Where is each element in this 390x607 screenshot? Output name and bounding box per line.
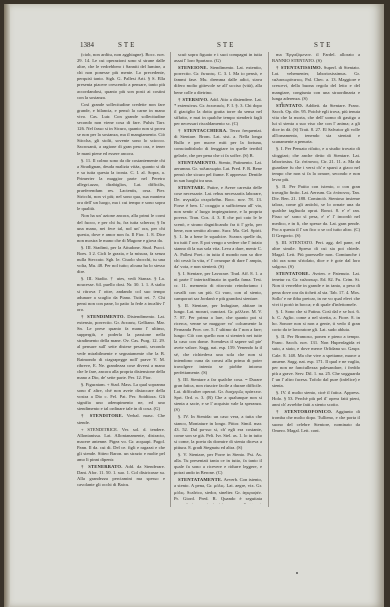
entry-text: Superl. di Stentato. Lat. vehementer, la… [272,65,360,100]
entry-text: ma Ἐργαζόμενον. il Fardel. allorato a BA… [272,52,360,63]
dictionary-entry: † STENTACCHIERA. Terzo frequentat. di St… [174,128,262,158]
entry-headword: † STENERBATO. [81,464,123,469]
dictionary-entry: STENTARE. Patire, e Avere carestia delle… [174,185,262,270]
dictionary-entry: STENTATO. Addiett. da Stentare. Franc. S… [272,103,360,146]
entry-headword: STENTAMENTO. [178,160,217,165]
book-spine-shadow [4,4,10,607]
dictionary-entry: (ciob, non arditu, non agghiagne). Bocc.… [77,52,165,101]
dictionary-entry: ma Ἐργαζόμενον. il Fardel. allorato a BA… [272,52,360,64]
dictionary-entry: scuò sopra figuato e i suoi compagni in … [174,52,262,64]
dictionary-entry: † STENERBATO. Add. da Stenderare. Dant. … [77,464,165,488]
entry-text: §. II. Per Bramoso, ponen e pieno a temp… [272,334,360,388]
dictionary-entry: STENTATAMENTE. Avverb. Con istento, a st… [174,477,262,504]
entry-text: §. II. Per Patito con istento, o con gra… [272,184,360,238]
entry-text: §. V. Stentare, per Porre in Stento. Pst… [174,452,262,475]
entry-headword: † STENTACCHIERA. [178,128,228,133]
dictionary-entry: STENTATORE. Avrien. e Patenuto. Lat. ten… [272,271,360,308]
dictionary-entry: §. I. Stentare, per Lavorare. Trad. Aff.… [174,271,262,301]
column-divider [170,52,171,507]
entry-text: §. II. Stentare, per Indugiare, abitare … [174,303,262,375]
dictionary-entry: §. III. Stadio. † utes, vedi Stanza. § L… [77,276,165,313]
dictionary-entry: §. II. Stentare, per Indugiare, abitare … [174,303,262,376]
entry-text: §. I. Per Pensato rifatto, e a studio tr… [272,146,360,181]
dictionary-entry: §. III. STENTATO. Peri. agg. del pane, e… [272,240,360,270]
dictionary-entry: §. I. Per Pensato rifatto, e a studio tr… [272,146,360,183]
dictionary-entry: † STENTATISSIMO. Superl. di Stentato. La… [272,65,360,102]
dictionary-entry: † STENTOROFONICO. Aggiunto di tromba che… [272,409,360,433]
entry-text: §. I. Stentare, per Lavorare. Trad. Aff.… [174,271,262,300]
dictionary-entry: + STENDITRICE. Ver. sol. d. tendere. All… [77,427,165,464]
dictionary-entry: † STENDITORE. Verbal. masc. Che stende. [77,413,165,425]
dictionary-page: 1384 STE STE STE (ciob, non arditu, non … [4,4,384,607]
entry-headword: STENEIONE. [178,65,208,70]
entry-text: §. IV. In Stenida: un caso vera, a tutta… [174,414,262,449]
entry-headword: † STENDITORE. [81,413,123,418]
entry-headword: † STENTOROFONICO. [276,409,332,414]
entry-text: §. III. Stadimi, per la Aitudone. Stud. … [77,245,165,274]
entry-text: Distendimento. Lat. extensio, porrectio.… [77,314,165,380]
dictionary-entry: §. I. Sono che si Fatina. Così dal e se … [272,309,360,333]
dictionary-entry: Non ha un' azione ancora, alla primi le … [77,213,165,243]
column-divider [268,52,269,507]
dictionary-entry: † STENDIMENTO. Distendimento. Lat. exten… [77,314,165,381]
running-head-left: STE [118,41,136,49]
dictionary-entry: † STERSIVO. Add. Atto a distendere. Lat.… [174,97,262,127]
dictionary-entry: §. IV. In Stenida: un caso vera, a tutta… [174,414,262,451]
paper-speck [281,102,283,104]
page-header: 1384 STE STE STE [80,41,342,51]
entry-text: scuò sopra figuato e i suoi compagni in … [174,52,262,63]
entry-headword: STENTATORE. [276,271,310,276]
entry-text: Addiett. da Stentare. Franc. Sacch. Op. … [272,103,360,145]
entry-text: Così grande sollecitudine credette non f… [77,102,165,156]
entry-text: §. Figuratam. + Stad. Mass. La qual sopr… [77,382,165,411]
dictionary-entry: §. 11. Il colmo sono da dir costantement… [77,158,165,213]
dictionary-entry: §. V. Stentare, per Porre in Stento. Pst… [174,452,262,476]
entry-text: Patire, e Avere carestia delle cose nece… [174,185,262,269]
entry-text: §. IV. il molto stento, cioè il fatica. … [272,390,360,407]
column-2: scuò sopra figuato e i suoi compagni in … [174,52,262,504]
entry-headword: † STERSIVO. [178,97,209,102]
dictionary-entry: §. IV. il molto stento, cioè il fatica. … [272,390,360,408]
running-head-center: STE [217,41,235,49]
page-number: 1384 [80,41,94,49]
dictionary-entry: §. III. Stentare a far qualche cosa. = D… [174,377,262,414]
entry-text: Non ha un' azione ancora, alla primi le … [77,213,165,242]
entry-headword: STENTARE. [178,185,205,190]
column-1: (ciob, non arditu, non agghiagne). Bocc.… [77,52,165,517]
entry-headword: STENTATO. [276,103,303,108]
dictionary-entry: §. II. Per Patito con istento, o con gra… [272,184,360,239]
entry-text: §. III. Stentare a far qualche cosa. = D… [174,377,262,412]
paper-speck [296,572,298,574]
entry-headword: STENTATAMENTE. [178,477,223,482]
dictionary-entry: STENEIONE. Stendimento. Lat. extentio, p… [174,65,262,95]
entry-text: §. III. STENTATO. Peri. agg. del pane, e… [272,240,360,269]
entry-headword: † STENTATISSIMO. [276,65,322,70]
dictionary-entry: §. II. Per Bramoso, ponen e pieno a temp… [272,334,360,389]
dictionary-entry: STENTAMENTO. Stento, Patimento. Lat. aer… [174,160,262,184]
dictionary-entry: §. Figuratam. + Stad. Mass. La qual sopr… [77,382,165,412]
column-3: ma Ἐργαζόμενον. il Fardel. allorato a BA… [272,52,360,527]
entry-text: + STENDITRICE. Ver. sol. d. tendere. All… [77,427,165,462]
entry-text: §. I. Sono che si Fatina. Così dal e se … [272,309,360,332]
entry-text: Avrien. e Patenuto. Lat. tenetur ra. Gr.… [272,271,360,306]
dictionary-entry: Così grande sollecitudine credette non f… [77,102,165,157]
running-head-right: STE [314,41,332,49]
dictionary-entry: §. III. Stadimi, per la Aitudone. Stud. … [77,245,165,275]
entry-text: §. III. Stadio. † utes, vedi Stanza. § L… [77,276,165,311]
entry-text: (ciob, non arditu, non agghiagne). Bocc.… [77,52,165,100]
entry-text: §. 11. Il colmo sono da dir costantement… [77,158,165,212]
entry-headword: † STENDIMENTO. [81,314,125,319]
